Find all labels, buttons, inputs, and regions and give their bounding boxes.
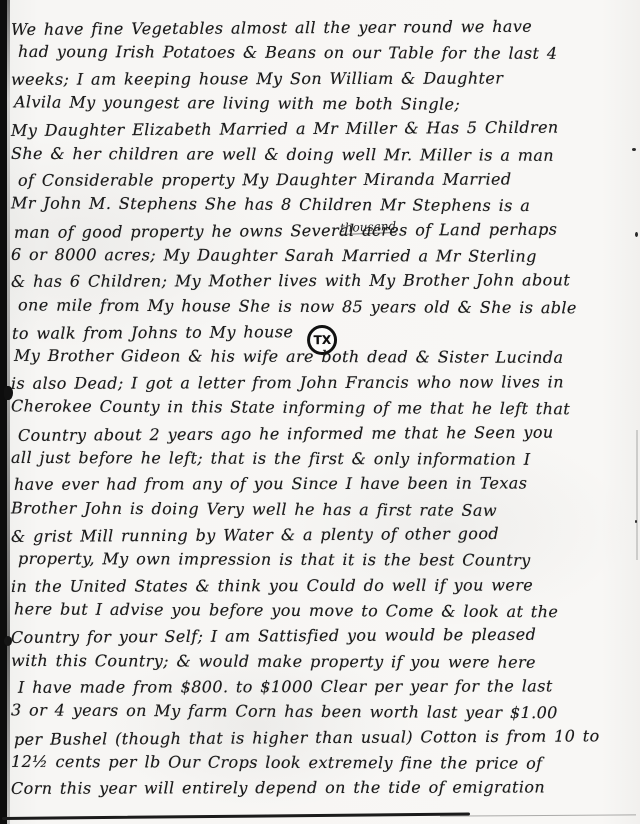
scan-edge-left (0, 0, 7, 824)
handwritten-line: with this Country; & would make property… (11, 648, 636, 676)
handwritten-line: 12½ cents per lb Our Crops look extremel… (11, 749, 636, 777)
scan-bottom-rule (2, 813, 470, 820)
handwritten-line: property, My own impression is that it i… (18, 546, 636, 574)
handwritten-line: & has 6 Children; My Mother lives with M… (11, 268, 636, 295)
handwritten-line: here but I advise you before you move to… (14, 596, 636, 625)
handwritten-line: 3 or 4 years on My farm Corn has been wo… (11, 698, 636, 727)
handwritten-line: & grist Mill running by Water & a plenty… (11, 520, 636, 549)
handwritten-line: Brother John is doing Very well he has a… (11, 495, 636, 524)
handwritten-line: She & her children are well & doing well… (11, 141, 636, 169)
handwritten-line: man of good property he owns Several acr… (14, 216, 636, 245)
handwritten-line: 6 or 8000 acres; My Daughter Sarah Marri… (11, 242, 636, 270)
handwritten-line: Corn this year will entirely depend on t… (11, 774, 636, 801)
handwritten-line: of Considerable property My Daughter Mir… (18, 166, 636, 193)
handwritten-line: had young Irish Potatoes & Beans on our … (18, 39, 636, 67)
handwritten-line: Country for your Self; I am Sattisfied y… (11, 621, 636, 650)
handwritten-line: My Brother Gideon & his wife are both de… (14, 343, 636, 371)
letter-body: We have fine Vegetables almost all the y… (11, 15, 636, 801)
handwritten-line: to walk from Johns to My house (12, 322, 293, 343)
handwritten-line: one mile from My house She is now 85 yea… (18, 292, 636, 321)
scan-bottom-rule-faint (440, 814, 636, 816)
handwritten-line: all just before he left; that is the fir… (11, 445, 636, 473)
handwritten-line: Mr John M. Stephens She has 8 Children M… (11, 191, 636, 220)
handwritten-line: weeks; I am keeping house My Son William… (11, 65, 636, 92)
handwritten-line: I have made from $800. to $1000 Clear pe… (18, 673, 636, 700)
scanned-letter-page: We have fine Vegetables almost all the y… (0, 0, 640, 824)
handwritten-line: Country about 2 years ago he informed me… (18, 419, 636, 448)
handwritten-line: Cherokee County in this State informing … (11, 394, 636, 423)
handwritten-line: have ever had from any of you Since I ha… (14, 470, 636, 497)
handwritten-line: My Daughter Elizabeth Married a Mr Mille… (11, 114, 636, 143)
handwritten-line: in the United States & think you Could d… (11, 572, 636, 599)
handwritten-line: per Bushel (though that is higher than u… (14, 723, 636, 752)
interline-insertion-thousand: thousand (340, 220, 397, 235)
handwritten-line: is also Dead; I got a letter from John F… (11, 369, 636, 396)
scan-streak (636, 430, 638, 560)
handwritten-line-with-stamp: to walk from Johns to My houseTX (12, 317, 636, 346)
handwritten-line: We have fine Vegetables almost all the y… (11, 13, 636, 42)
